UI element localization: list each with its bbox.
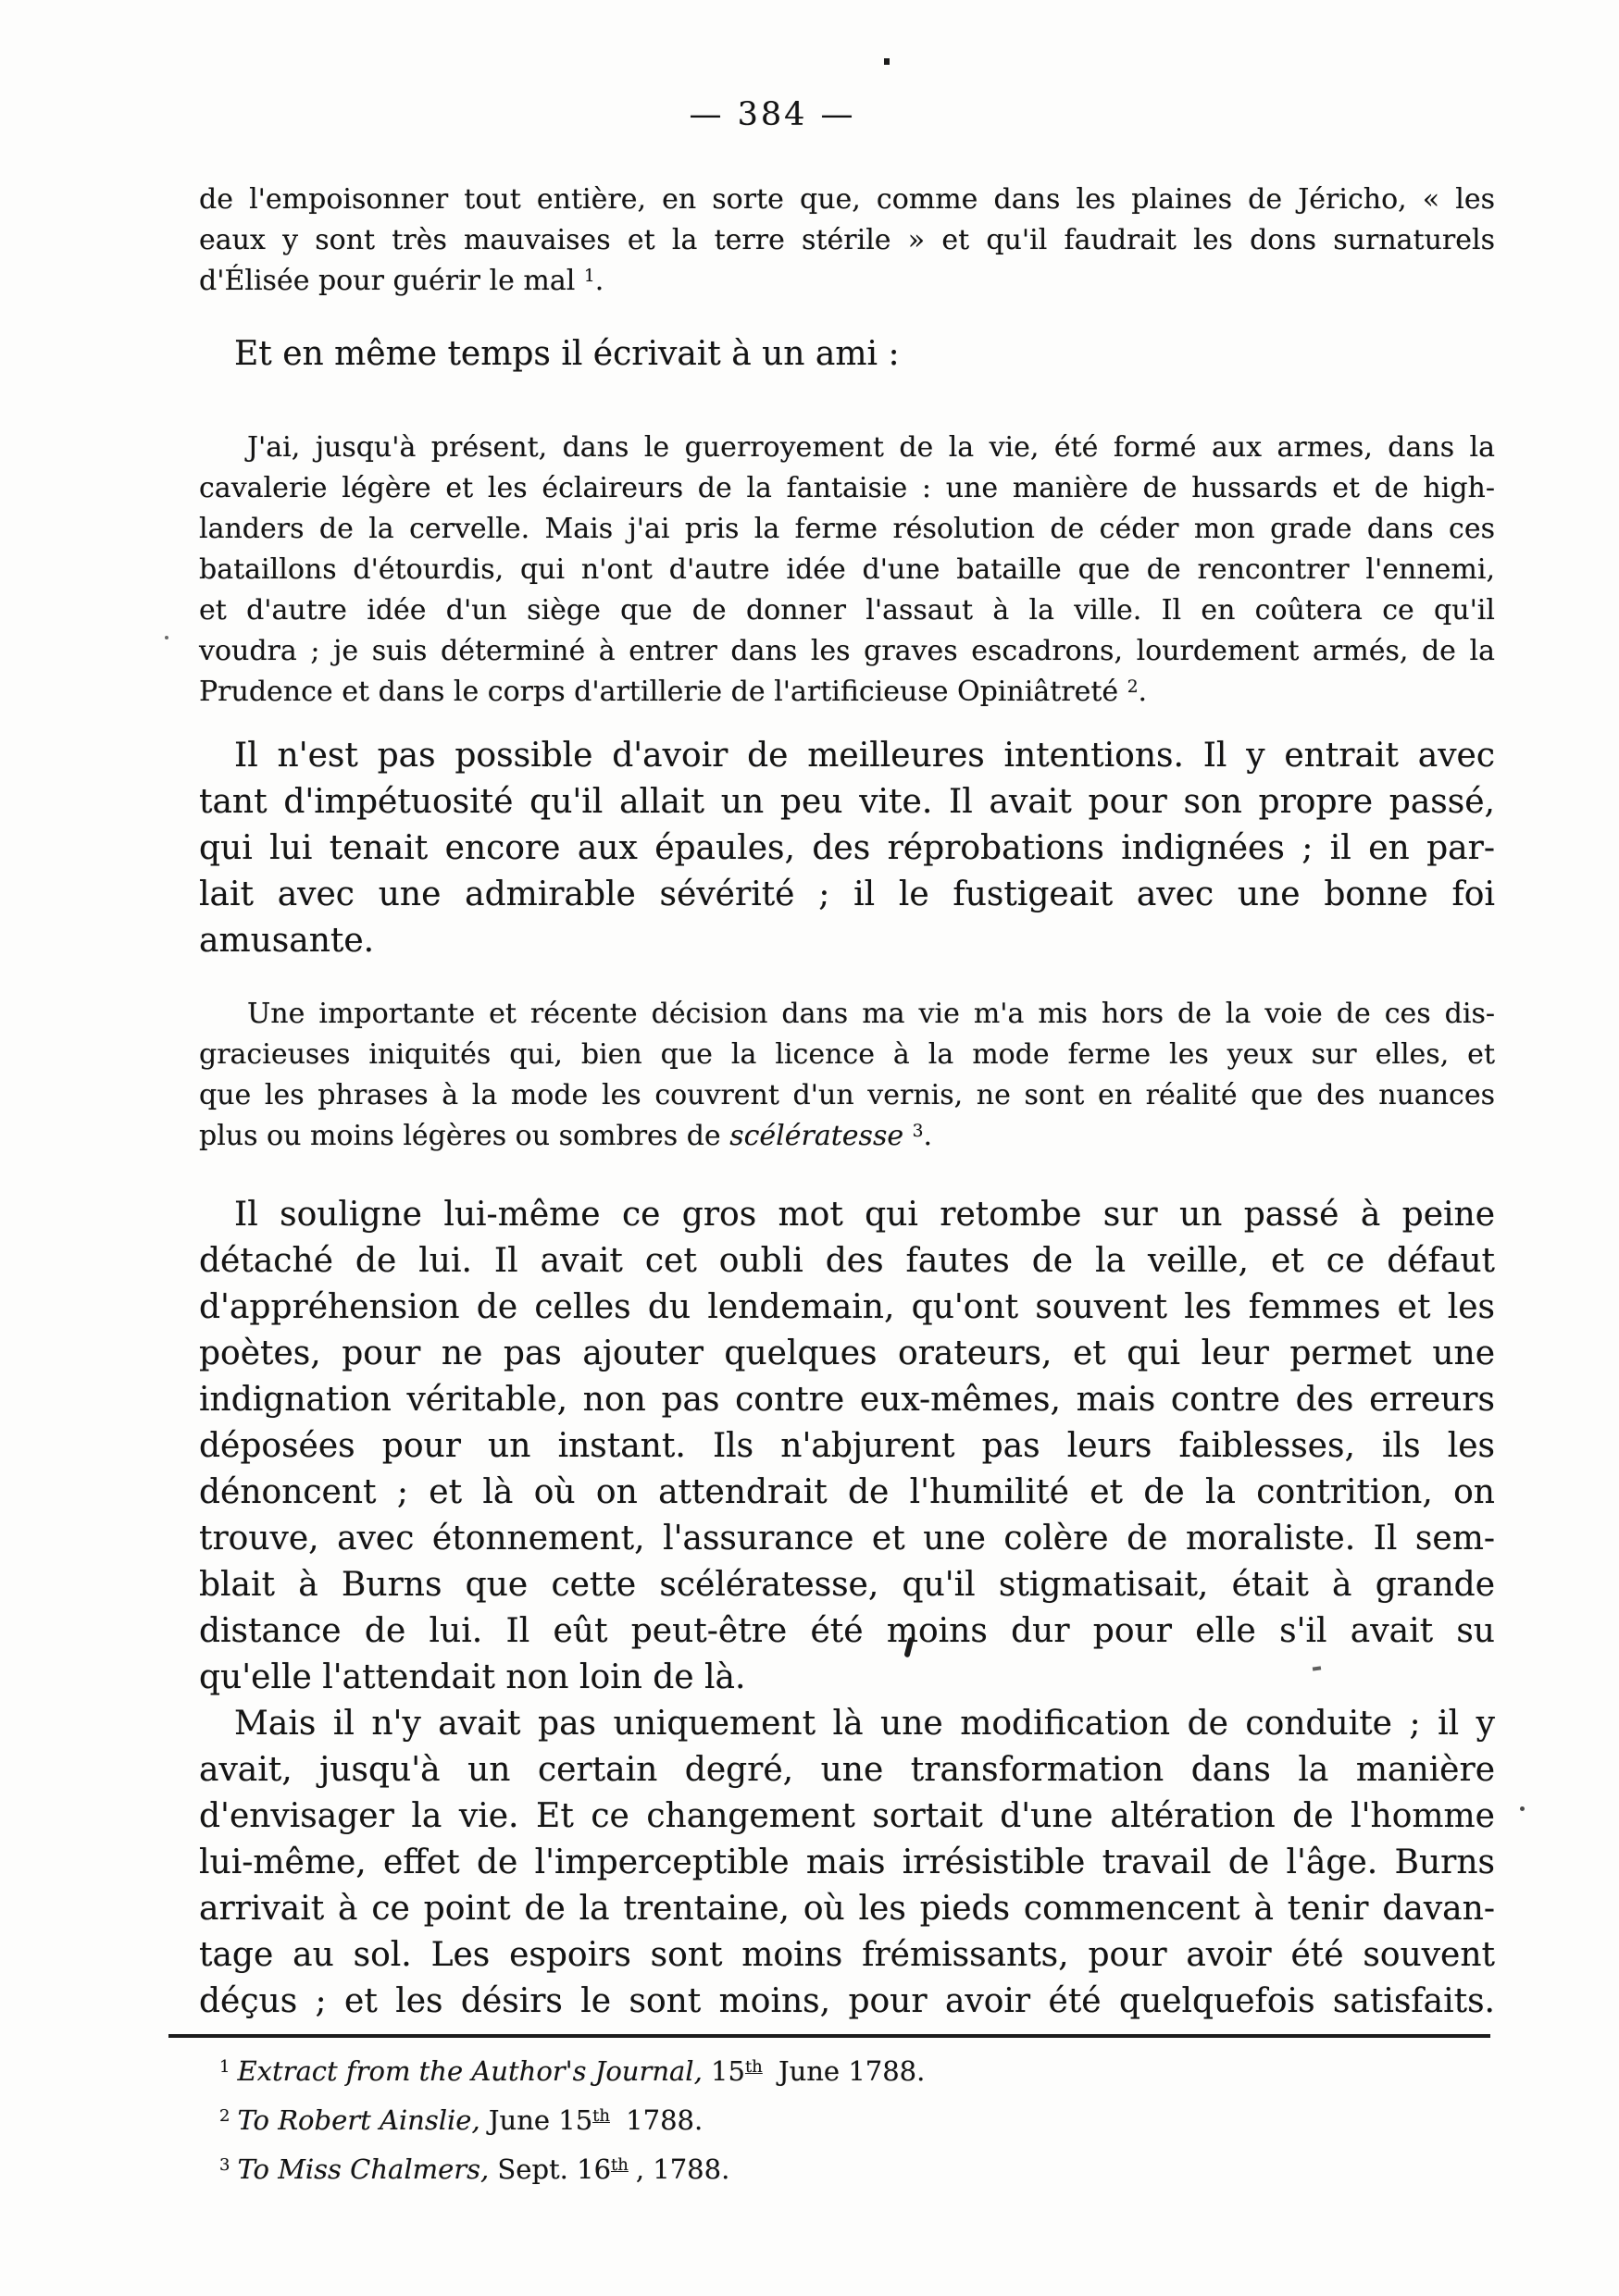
text-line: Il n'est pas possible d'avoir de meilleu… — [199, 733, 1495, 779]
text-segment: Et en même temps il écrivait à un ami : — [234, 335, 900, 373]
footnote-3: 3To Miss Chalmers, Sept. 16th, 1788. — [219, 2147, 1495, 2196]
footnotes: 1Extract from the Author's Journal, 15th… — [199, 2049, 1495, 2196]
text-segment: , 1788. — [636, 2153, 729, 2185]
text-segment: indignation véritable, non pas contre eu… — [199, 1381, 1495, 1419]
superscript-ref: 2 — [219, 2106, 230, 2126]
text-segment: . — [923, 1120, 932, 1152]
footnote-2: 2To Robert Ainslie, June 15th 1788. — [219, 2098, 1495, 2147]
text-line: bataillons d'étourdis, qui n'ont d'autre… — [199, 550, 1495, 590]
superscript-ref: th — [592, 2106, 610, 2126]
text-line: Il souligne lui-même ce gros mot qui ret… — [199, 1192, 1495, 1238]
superscript-ref: 3 — [219, 2155, 230, 2175]
text-line: d'appréhension de celles du lendemain, q… — [199, 1285, 1495, 1331]
scan-speck — [1300, 1011, 1303, 1015]
text-segment: de l'empoisonner tout entière, en sorte … — [199, 183, 1495, 216]
text-line: tage au sol. Les espoirs sont moins frém… — [199, 1932, 1495, 1979]
para-intro: de l'empoisonner tout entière, en sorte … — [199, 180, 1495, 305]
text-segment: 15 — [703, 2055, 745, 2087]
text-segment: Il souligne lui-même ce gros mot qui ret… — [234, 1196, 1495, 1234]
page-number: — 384 — — [0, 96, 1582, 133]
text-segment: poètes, pour ne pas ajouter quelques ora… — [199, 1334, 1495, 1372]
text-segment: blait à Burns que cette scélératesse, qu… — [199, 1566, 1495, 1604]
footnote-1: 1Extract from the Author's Journal, 15th… — [219, 2049, 1495, 2098]
text-segment: bataillons d'étourdis, qui n'ont d'autre… — [199, 553, 1495, 586]
text-line: gracieuses iniquités qui, bien que la li… — [199, 1035, 1495, 1075]
text-segment: . — [1139, 676, 1148, 708]
text-segment: lait avec une admirable sévérité ; il le… — [199, 875, 1495, 913]
text-line: d'Élisée pour guérir le mal 1. — [199, 261, 1495, 305]
superscript-ref: th — [611, 2155, 629, 2175]
text-line: et d'autre idée d'un siège que de donner… — [199, 590, 1495, 631]
text-segment: voudra ; je suis déterminé à entrer dans… — [199, 635, 1495, 667]
text-segment: et d'autre idée d'un siège que de donner… — [199, 594, 1495, 627]
text-segment: qu'elle l'attendait non loin de là. — [199, 1658, 745, 1696]
text-line: Mais il n'y avait pas uniquement là une … — [199, 1701, 1495, 1747]
text-line: lui-même, effet de l'imperceptible mais … — [199, 1840, 1495, 1886]
text-segment: landers de la cervelle. Mais j'ai pris l… — [199, 513, 1495, 545]
text-line: détaché de lui. Il avait cet oubli des f… — [199, 1238, 1495, 1285]
text-line: voudra ; je suis déterminé à entrer dans… — [199, 631, 1495, 672]
superscript-ref: 1 — [584, 267, 595, 286]
text-line: indignation véritable, non pas contre eu… — [199, 1377, 1495, 1423]
text-line: Et en même temps il écrivait à un ami : — [199, 331, 1495, 378]
text-segment: 1788. — [617, 2104, 703, 2136]
text-line: Prudence et dans le corps d'artillerie d… — [199, 672, 1495, 716]
text-line: cavalerie légère et les éclaireurs de la… — [199, 468, 1495, 509]
text-line: dénoncent ; et là où on attendrait de l'… — [199, 1470, 1495, 1516]
text-line: qui lui tenait encore aux épaules, des r… — [199, 825, 1495, 872]
text-line: déposées pour un instant. Ils n'abjurent… — [199, 1423, 1495, 1470]
text-column: de l'empoisonner tout entière, en sorte … — [199, 157, 1495, 2196]
text-line: poètes, pour ne pas ajouter quelques ora… — [199, 1331, 1495, 1377]
text-segment: avait, jusqu'à un certain degré, une tra… — [199, 1751, 1495, 1789]
text-line: landers de la cervelle. Mais j'ai pris l… — [199, 509, 1495, 550]
text-segment: Extract from the Author's Journal, — [237, 2055, 702, 2087]
text-segment: Sept. 16 — [489, 2153, 611, 2185]
text-segment: eaux y sont très mauvaises et la terre s… — [199, 224, 1495, 256]
text-segment: J'ai, jusqu'à présent, dans le guerroyem… — [247, 431, 1495, 464]
text-segment: Mais il n'y avait pas uniquement là une … — [234, 1705, 1495, 1743]
text-segment: . — [595, 265, 604, 297]
text-segment: tant d'impétuosité qu'il allait un peu v… — [199, 783, 1495, 821]
text-segment: dénoncent ; et là où on attendrait de l'… — [199, 1473, 1495, 1511]
text-segment: June 15 — [480, 2104, 592, 2136]
scan-speck — [884, 58, 890, 65]
text-segment: trouve, avec étonnement, l'assurance et … — [199, 1520, 1495, 1558]
text-line: trouve, avec étonnement, l'assurance et … — [199, 1516, 1495, 1562]
text-segment: scélératesse — [729, 1120, 912, 1152]
text-line: amusante. — [199, 918, 1495, 964]
text-segment: Il n'est pas possible d'avoir de meilleu… — [234, 737, 1495, 775]
superscript-ref: 3 — [913, 1122, 924, 1141]
text-segment: lui-même, effet de l'imperceptible mais … — [199, 1843, 1495, 1881]
text-segment: June 1788. — [770, 2055, 926, 2087]
para-transition: Et en même temps il écrivait à un ami : — [199, 331, 1495, 378]
text-line: d'envisager la vie. Et ce changement sor… — [199, 1793, 1495, 1840]
text-line: eaux y sont très mauvaises et la terre s… — [199, 220, 1495, 261]
superscript-ref: 2 — [1127, 677, 1139, 697]
text-segment: d'envisager la vie. Et ce changement sor… — [199, 1797, 1495, 1835]
para-analysis: Il souligne lui-même ce gros mot qui ret… — [199, 1192, 1495, 1701]
superscript-ref: th — [745, 2057, 763, 2077]
text-line: lait avec une admirable sévérité ; il le… — [199, 872, 1495, 918]
text-segment: Une importante et récente décision dans … — [247, 998, 1495, 1030]
text-line: que les phrases à la mode les couvrent d… — [199, 1075, 1495, 1116]
text-line: distance de lui. Il eût peut-être été mo… — [199, 1608, 1495, 1655]
text-segment: d'appréhension de celles du lendemain, q… — [199, 1288, 1495, 1326]
text-segment: détaché de lui. Il avait cet oubli des f… — [199, 1242, 1495, 1280]
quote-letter: J'ai, jusqu'à présent, dans le guerroyem… — [199, 428, 1495, 716]
scan-speck — [165, 636, 168, 639]
text-line: plus ou moins légères ou sombres de scél… — [199, 1116, 1495, 1160]
text-segment: Prudence et dans le corps d'artillerie d… — [199, 676, 1127, 708]
text-segment: déposées pour un instant. Ils n'abjurent… — [199, 1427, 1495, 1465]
text-segment: d'Élisée pour guérir le mal — [199, 265, 584, 297]
scan-speck — [1520, 1806, 1525, 1811]
text-segment: gracieuses iniquités qui, bien que la li… — [199, 1038, 1495, 1071]
text-segment: To Miss Chalmers, — [237, 2153, 489, 2185]
text-segment: To Robert Ainslie, — [237, 2104, 479, 2136]
text-segment: que les phrases à la mode les couvrent d… — [199, 1079, 1495, 1111]
para-commentary: Il n'est pas possible d'avoir de meilleu… — [199, 733, 1495, 964]
text-segment: tage au sol. Les espoirs sont moins frém… — [199, 1936, 1495, 1974]
footnote-separator — [168, 2034, 1490, 2038]
text-segment: plus ou moins légères ou sombres de — [199, 1120, 729, 1152]
text-line: blait à Burns que cette scélératesse, qu… — [199, 1562, 1495, 1608]
text-line: arrivait à ce point de la trentaine, où … — [199, 1886, 1495, 1932]
text-line: tant d'impétuosité qu'il allait un peu v… — [199, 779, 1495, 825]
book-page-scan: — 384 — de l'empoisonner tout entière, e… — [0, 0, 1619, 2296]
text-segment: qui lui tenait encore aux épaules, des r… — [199, 829, 1495, 867]
text-segment: cavalerie légère et les éclaireurs de la… — [199, 472, 1495, 504]
quote-decision: Une importante et récente décision dans … — [199, 994, 1495, 1160]
text-line: avait, jusqu'à un certain degré, une tra… — [199, 1747, 1495, 1793]
text-segment: amusante. — [199, 922, 374, 960]
text-line: déçus ; et les désirs le sont moins, pou… — [199, 1979, 1495, 2025]
blocks-container: de l'empoisonner tout entière, en sorte … — [199, 180, 1495, 2025]
para-age: Mais il n'y avait pas uniquement là une … — [199, 1701, 1495, 2025]
text-line: qu'elle l'attendait non loin de là. — [199, 1655, 1495, 1701]
superscript-ref: 1 — [219, 2057, 230, 2077]
text-segment: distance de lui. Il eût peut-être été mo… — [199, 1612, 1495, 1650]
text-segment: arrivait à ce point de la trentaine, où … — [199, 1890, 1495, 1928]
text-line: J'ai, jusqu'à présent, dans le guerroyem… — [199, 428, 1495, 468]
text-segment: déçus ; et les désirs le sont moins, pou… — [199, 1982, 1495, 2020]
text-line: de l'empoisonner tout entière, en sorte … — [199, 180, 1495, 220]
